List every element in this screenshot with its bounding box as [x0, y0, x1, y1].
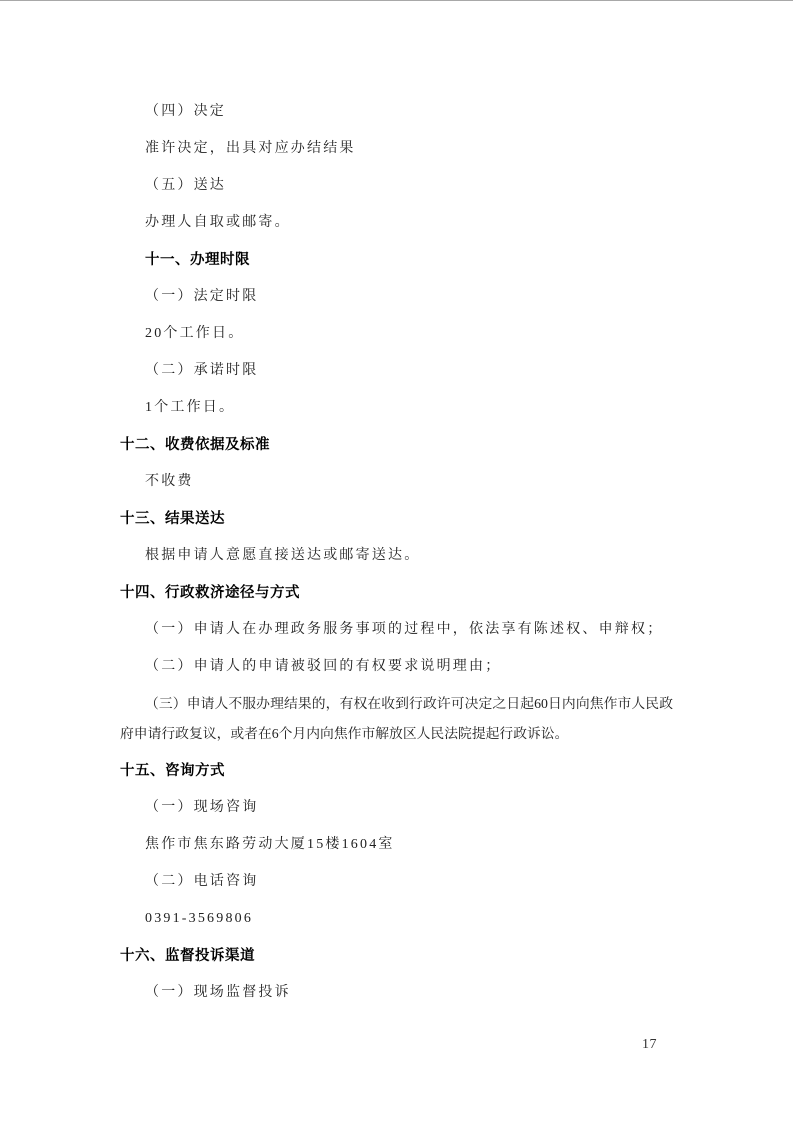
paragraph: （二）申请人的申请被驳回的有权要求说明理由；: [120, 652, 673, 682]
section-heading: 十四、行政救济途径与方式: [120, 578, 673, 608]
paragraph: 办理人自取或邮寄。: [120, 208, 673, 238]
paragraph: 20个工作日。: [120, 319, 673, 349]
section-heading: 十二、收费依据及标准: [120, 430, 673, 460]
paragraph: （一）申请人在办理政务服务事项的过程中，依法享有陈述权、申辩权；: [120, 615, 673, 645]
paragraph: （一）现场监督投诉: [120, 978, 673, 1008]
section-heading: 十五、咨询方式: [120, 756, 673, 786]
section-heading: 十三、结果送达: [120, 504, 673, 534]
document-body: （四）决定准许决定，出具对应办结结果（五）送达办理人自取或邮寄。十一、办理时限（…: [120, 97, 673, 1015]
paragraph: （一）法定时限: [120, 282, 673, 312]
paragraph: 1个工作日。: [120, 393, 673, 423]
paragraph: 准许决定，出具对应办结结果: [120, 134, 673, 164]
paragraph: （四）决定: [120, 97, 673, 127]
paragraph: 根据申请人意愿直接送达或邮寄送达。: [120, 541, 673, 571]
paragraph: 不收费: [120, 467, 673, 497]
paragraph: （二）承诺时限: [120, 356, 673, 386]
paragraph: 焦作市焦东路劳动大厦15楼1604室: [120, 830, 673, 860]
document-page: （四）决定准许决定，出具对应办结结果（五）送达办理人自取或邮寄。十一、办理时限（…: [0, 0, 793, 1122]
page-top-edge-rule: [0, 0, 793, 1]
page-number: 17: [642, 1035, 657, 1055]
paragraph: （一）现场咨询: [120, 793, 673, 823]
paragraph: （二）电话咨询: [120, 867, 673, 897]
paragraph: （三）申请人不服办理结果的，有权在收到行政许可决定之日起60日内向焦作市人民政府…: [120, 689, 673, 749]
paragraph: （五）送达: [120, 171, 673, 201]
section-heading: 十六、监督投诉渠道: [120, 941, 673, 971]
section-heading: 十一、办理时限: [120, 245, 673, 275]
paragraph: 0391-3569806: [120, 904, 673, 934]
